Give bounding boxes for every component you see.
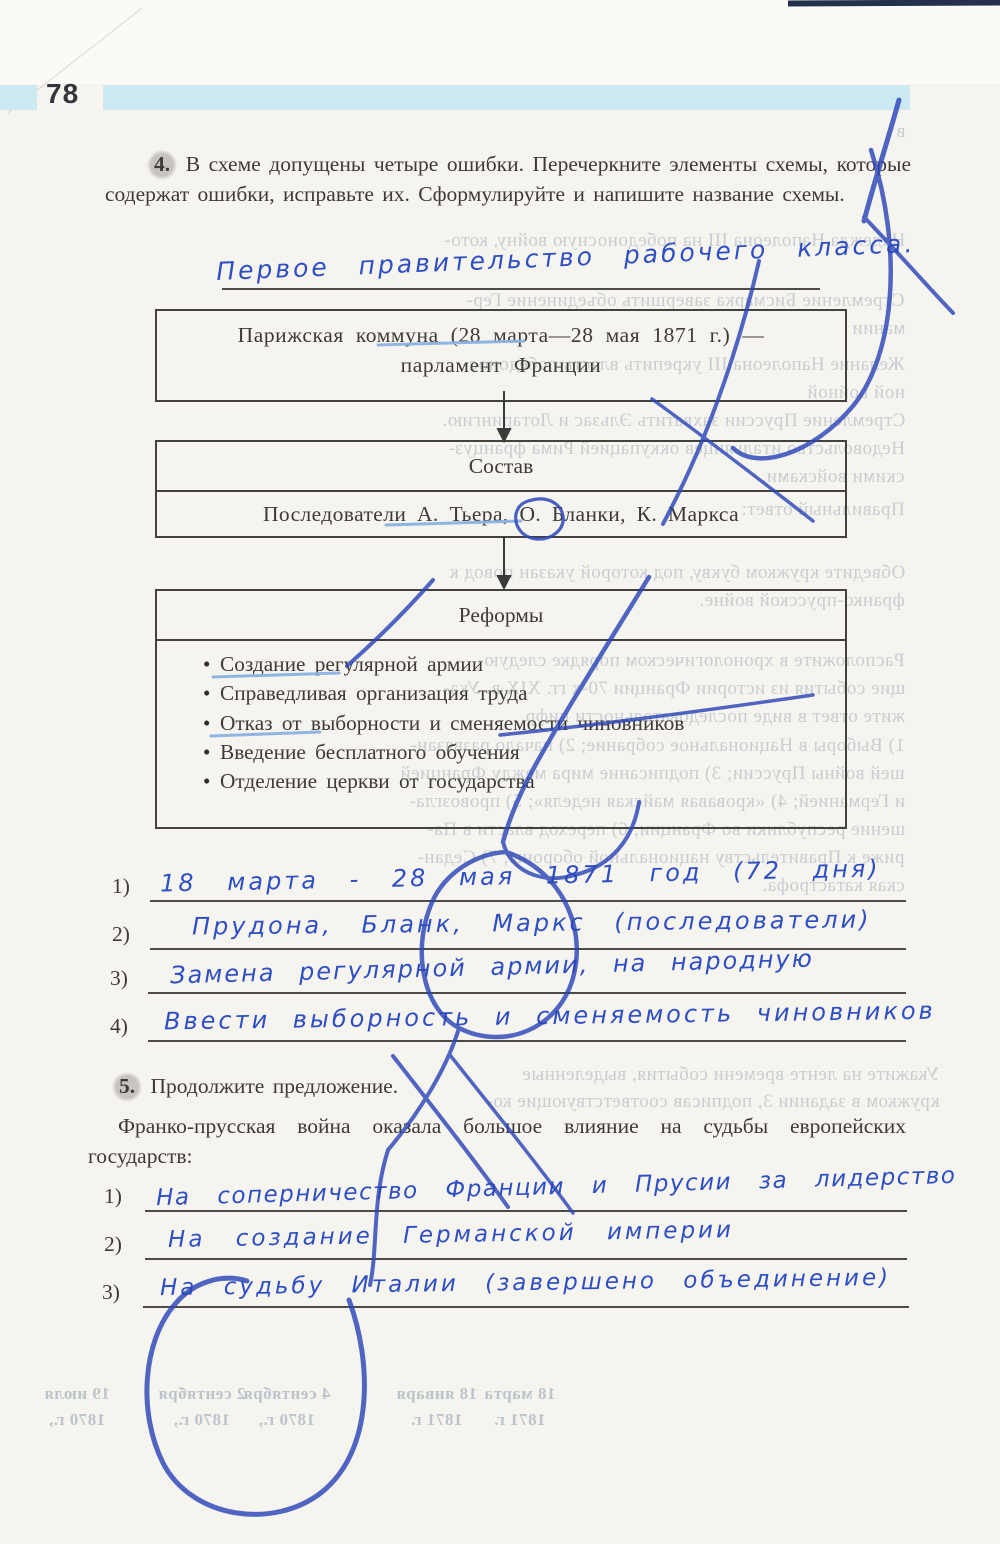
- schema-box-commune-line2: парламент Франции: [157, 350, 845, 380]
- workbook-page: 78 вНадежда Наполеона III на победоносну…: [0, 0, 1000, 1544]
- task5-number-badge: 5.: [112, 1072, 142, 1102]
- answer-line: [145, 1258, 907, 1260]
- reform-list: Создание регулярной армии Справедливая о…: [157, 650, 845, 796]
- answer-label: 3): [110, 966, 128, 991]
- answer-label: 2): [112, 922, 130, 947]
- answer-label: 2): [104, 1232, 122, 1257]
- task4-instruction: 4. В схеме допущены четыре ошибки. Переч…: [105, 150, 911, 209]
- handwritten-schema-title: Первое правительство рабочего класса.: [216, 229, 916, 286]
- handwritten-answer: На создание Германской империи: [168, 1217, 734, 1253]
- answer-line: [148, 992, 906, 994]
- task5-heading: 5. Продолжите предложение.: [100, 1072, 910, 1102]
- handwritten-answer: На судьбу Италии (завершено объединение): [160, 1265, 891, 1301]
- answer-label: 1): [112, 874, 130, 899]
- schema-title-answer-line: [222, 288, 820, 290]
- reform-item: Отказ от выборности и сменяемости чиновн…: [203, 709, 845, 738]
- schema-reforms-header: Реформы: [157, 591, 845, 641]
- answer-label: 4): [110, 1014, 128, 1039]
- handwritten-answer: 18 марта - 28 мая 1871 год (72 дня): [160, 854, 881, 897]
- task5-title: Продолжите предложение.: [151, 1074, 399, 1098]
- schema-box-commune-line1: Парижская коммуна (28 марта—28 мая 1871 …: [157, 320, 845, 350]
- schema-composition-header: Состав: [157, 442, 845, 492]
- task5-instruction: Франко-прусская война оказала большое вл…: [88, 1112, 906, 1171]
- answer-line: [145, 1210, 907, 1212]
- reform-item: Справедливая организация труда: [203, 679, 845, 708]
- page-content: 4. В схеме допущены четыре ошибки. Переч…: [0, 0, 1000, 1544]
- schema-box-composition: Состав Последователи А. Тьера, О. Бланки…: [155, 440, 847, 538]
- reform-item: Создание регулярной армии: [203, 650, 845, 679]
- handwritten-answer: Замена регулярной армии, на народную: [170, 945, 814, 990]
- schema-composition-body: Последователи А. Тьера, О. Бланки, К. Ма…: [157, 492, 845, 536]
- answer-line: [148, 1040, 906, 1042]
- answer-label: 3): [102, 1280, 120, 1305]
- schema-box-commune: Парижская коммуна (28 марта—28 мая 1871 …: [155, 309, 847, 402]
- answer-line: [143, 1306, 909, 1308]
- handwritten-answer: Прудона, Бланк, Маркс (последователи): [192, 905, 872, 940]
- task4-number-badge: 4.: [147, 150, 177, 180]
- task4-instruction-text: В схеме допущены четыре ошибки. Перечерк…: [105, 152, 911, 206]
- reform-item: Введение бесплатного обучения: [203, 738, 845, 767]
- answer-label: 1): [104, 1184, 122, 1209]
- handwritten-answer: Ввести выборность и сменяемость чиновник…: [164, 997, 936, 1036]
- answer-line: [150, 900, 906, 902]
- schema-box-reforms: Реформы Создание регулярной армии Справе…: [155, 589, 847, 829]
- reform-item: Отделение церкви от государства: [203, 767, 845, 796]
